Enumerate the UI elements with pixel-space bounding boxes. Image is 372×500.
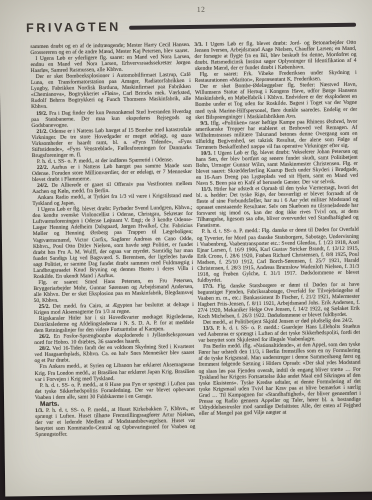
body-paragraph: 17/3. Flg. danske Statsborgere er dømt t… [197, 282, 359, 320]
masthead-rule [129, 23, 356, 30]
masthead: FRIVAGTEN [26, 17, 356, 35]
body-paragraph: 19/2. Fra i Dag finder der kun Personkør… [31, 108, 191, 128]
masthead-title: FRIVAGTEN [26, 20, 121, 35]
body-paragraph: P. h. d. t. SS- o. P. medd.: Flg. danske… [197, 227, 360, 284]
body-paragraph: Der er sket Bombeeksplosioner i Automobi… [31, 72, 191, 110]
page-number: 12 [197, 5, 206, 14]
body-paragraph: I Ugens Løb er yderligere flg. saaret: e… [30, 54, 190, 74]
body-paragraph: 3/3. I Ugens Løb er flg. blevet dræbt: J… [194, 40, 356, 72]
body-paragraph: 9/3. Iflg. «Politiken» raser heftige Kam… [195, 118, 357, 150]
body-paragraph: I Ugens Løb er flg. blevet dræbt: Fyrbød… [32, 205, 193, 280]
body-paragraph: 1/3. P. h. d. t. SS- o. P. medd., at Hus… [35, 406, 195, 438]
body-paragraph: Fra Ankara medd., at Syrien og Libanon h… [34, 362, 194, 382]
body-paragraph: Flg. er saaret: Smed Hans Petersen, en F… [33, 278, 193, 304]
left-column: sammen dræbt og en af de indtrængende; M… [30, 42, 195, 456]
body-paragraph: P. h. d. t. SS- o. P. medd., at 8 Huse p… [35, 381, 195, 401]
body-paragraph: 11/3. Hitler har udstedt et Opraab til d… [196, 185, 359, 229]
page-content: 12 FRIVAGTEN sammen dræbt og en af de in… [0, 0, 372, 500]
body-paragraph: Fra Berlin medd. iflg. «Nationaltidende»… [198, 342, 361, 417]
body-paragraph: Der er sket Bombe-Ødelæggelser flg. Sted… [195, 82, 357, 120]
body-paragraph: 22/2. Aarhus er i Nattens Løb hærget paa… [32, 163, 192, 183]
right-column: 3/3. I Ugens Løb er flg. blevet dræbt: J… [194, 40, 361, 454]
body-paragraph: 10/3. I Ugens Løb er flg. blevet dræbt: … [196, 149, 358, 187]
body-paragraph: 21/2. Odense er i Nattens Løb hærget af … [31, 127, 191, 159]
